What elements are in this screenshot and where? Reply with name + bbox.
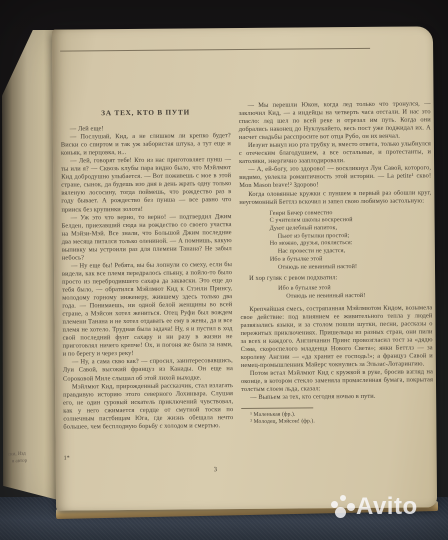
adjacent-page-fragment: я автор: [12, 459, 27, 466]
book-photo: ски, Изд я автор ЗА ТЕХ, КТО В ПУТИ — Ле…: [0, 0, 448, 540]
signature-mark: 1*: [64, 456, 70, 462]
left-text-column: ЗА ТЕХ, КТО В ПУТИ — Лей еще! — Послушай…: [61, 102, 234, 431]
paragraph: — Мы перешли Юкон, когда лед только что …: [239, 100, 431, 142]
paragraph: — Выпьем за тех, кто сегодня ночью в пут…: [241, 393, 433, 403]
drinking-song-verse: Генри Бичер совместно С учителем школы в…: [269, 209, 432, 272]
verse-line: Отнюдь не невинный настой!: [270, 263, 432, 272]
adjacent-page-fragment: ски, Изд: [8, 452, 26, 459]
paragraph: Когда оловянные кружки с пуншем в первый…: [239, 189, 431, 207]
paragraph: — Послушай, Кид, а не слишком ли крепко …: [61, 132, 231, 158]
right-text-column: — Мы перешли Юкон, когда лед только что …: [239, 100, 434, 429]
avito-wordmark: Avito: [356, 494, 418, 520]
facing-page-edge: ски, Изд я автор: [2, 30, 58, 500]
book-page: ЗА ТЕХ, КТО В ПУТИ — Лей еще! — Послушай…: [52, 26, 437, 510]
chorus-line: Отнюдь не невинный настой!: [278, 292, 432, 301]
footnote: ² Молодец, Мэйсон! (фр.).: [241, 418, 433, 427]
paragraph: И хор гуляк с ревом подхватил:: [240, 274, 432, 284]
paragraph: — Уж это что верно, то верно! — подтверд…: [62, 213, 232, 263]
paragraph: — А, ей-богу, это здорово! — воскликнул …: [239, 165, 431, 191]
chorus-refrain: Ибо в бутылке этой Отнюдь не невинный на…: [278, 285, 432, 302]
story-title: ЗА ТЕХ, КТО В ПУТИ: [61, 108, 231, 118]
header-rule: [60, 48, 370, 52]
paragraph: — Лей, говорят тебе! Кто из нас приготов…: [61, 156, 231, 214]
paragraph: — Ну еще бы! Ребята, вы бы лопнули со см…: [62, 261, 233, 359]
text-columns: ЗА ТЕХ, КТО В ПУТИ — Лей еще! — Послушай…: [61, 100, 434, 431]
avito-watermark: Avito: [330, 494, 418, 520]
paragraph: Иезуит вынул изо рта трубку и, вместо от…: [239, 141, 431, 167]
footnote-block: ¹ Маленькая (фр.). ² Молодец, Мэйсон! (ф…: [241, 407, 433, 427]
paragraph: Крепчайшая смесь, состряпанная Мэйлмютом…: [240, 304, 433, 370]
footnote-rule: [241, 408, 313, 410]
paragraph: Мэйлмют Кид, прирожденный рассказчик, ст…: [63, 382, 233, 432]
paragraph: — Ну, а сама скво как? — спросил, заинте…: [63, 358, 233, 384]
paragraph: Потом встал Мэйлмют Кид с кружкой в руке…: [241, 368, 433, 394]
avito-logo-icon: [330, 494, 356, 520]
page-number: 3: [214, 466, 217, 473]
